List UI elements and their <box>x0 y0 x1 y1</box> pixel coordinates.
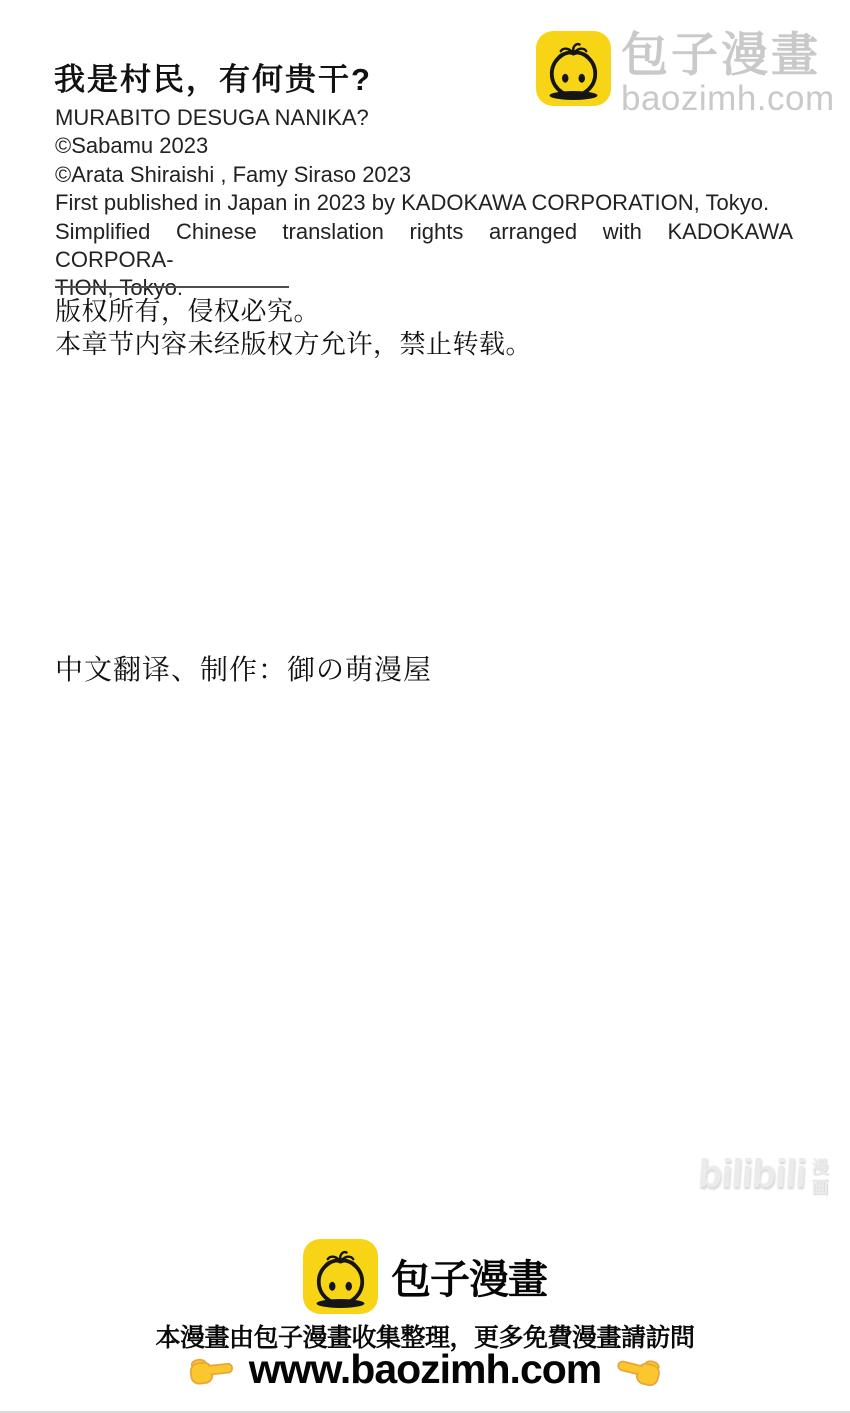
baozi-logo-icon <box>303 1239 378 1314</box>
copyright-line: ©Arata Shiraishi , Famy Siraso 2023 <box>55 161 793 189</box>
rights-notice: 版权所有，侵权必究。 本章节内容未经版权方允许，禁止转载。 <box>55 295 532 361</box>
bilibili-manhua-label: 漫 画 <box>812 1158 829 1197</box>
bilibili-manhua-char: 画 <box>812 1178 829 1198</box>
copyright-block: MURABITO DESUGA NANIKA? ©Sabamu 2023 ©Ar… <box>55 104 793 303</box>
translation-credit: 中文翻译、制作：御の萌漫屋 <box>55 648 432 688</box>
copyright-line: Simplified Chinese translation rights ar… <box>55 218 793 275</box>
rights-notice-line2: 本章节内容未经版权方允许，禁止转载。 <box>55 328 532 361</box>
baozi-logo-icon <box>536 31 611 106</box>
bilibili-manhua-char: 漫 <box>812 1158 829 1178</box>
website-row: www.baozimh.com <box>0 1346 850 1393</box>
bilibili-watermark: bilibili 漫 画 <box>698 1152 829 1197</box>
website-url[interactable]: www.baozimh.com <box>249 1346 602 1393</box>
bilibili-wordmark: bilibili <box>696 1152 807 1196</box>
pointing-right-hand-icon <box>186 1350 235 1389</box>
top-watermark-brand: 包子漫畫 <box>621 31 835 78</box>
copyright-line: First published in Japan in 2023 by KADO… <box>55 189 793 217</box>
manga-copyright-page: 包子漫畫 baozimh.com 我是村民，有何贵干? MURABITO DES… <box>0 0 850 1413</box>
copyright-line: ©Sabamu 2023 <box>55 132 793 160</box>
divider-line <box>55 286 289 288</box>
copyright-line: MURABITO DESUGA NANIKA? <box>55 104 793 132</box>
footer-brand-row: 包子漫畫 <box>0 1239 850 1314</box>
pointing-left-hand-icon <box>613 1347 666 1391</box>
footer-brand-name: 包子漫畫 <box>391 1248 547 1305</box>
rights-notice-line1: 版权所有，侵权必究。 <box>55 295 532 328</box>
page-title: 我是村民，有何贵干? <box>54 54 372 99</box>
